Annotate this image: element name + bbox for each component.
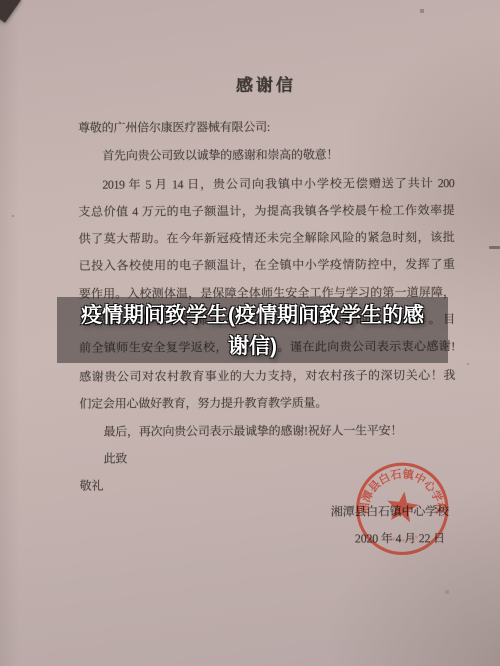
- letter-title: 感谢信: [78, 70, 454, 97]
- letter-line: 首先向贵公司致以诚挚的感谢和崇高的敬意！: [78, 147, 454, 164]
- caption-text-line2: 谢信): [57, 331, 448, 362]
- official-seal: 湘潭县白石镇中心学校 4303000000: [354, 460, 451, 557]
- svg-text:4303000000: 4303000000: [385, 534, 419, 543]
- salutation-line: 尊敬的广州倍尔康医疗器械有限公司:: [78, 119, 454, 136]
- letter-line: 感谢贵公司对农村教育事业的大力支持，对农村孩子的深切关心！我: [79, 368, 455, 385]
- letter-line: 支总价值 4 万元的电子额温计，为提高我镇各学校晨午检工作效率提: [78, 203, 454, 220]
- seal-star-icon: [385, 489, 420, 523]
- caption-banner: 疫情期间致学生(疫情期间致学生的感 谢信): [57, 297, 448, 363]
- photo-edge-mark: [489, 246, 500, 249]
- paper-specks: [0, 0, 2, 2]
- caption-text-line1: 疫情期间致学生(疫情期间致学生的感: [57, 300, 448, 331]
- letter-line: 2019 年 5 月 14 日，贵公司向我镇中小学校无偿赠送了共计 200: [78, 176, 454, 193]
- letter-line: 最后，再次向贵公司表示最诚挚的感谢!祝好人一生平安！: [79, 423, 455, 440]
- letter-line: 已投入各校使用的电子额温计，在全镇中小学疫情防控中，发挥了重: [79, 257, 455, 274]
- letter-line: 们定会用心做好教育，努力提升教育教学质量。: [79, 395, 455, 412]
- letter-photo: 感谢信 尊敬的广州倍尔康医疗器械有限公司: 首先向贵公司致以诚挚的感谢和崇高的敬…: [0, 0, 500, 666]
- seal-serial: 4303000000: [385, 534, 419, 543]
- letter-line: 供了莫大帮助。在今年新冠疫情还未完全解除风险的紧急时刻，该批: [79, 230, 455, 247]
